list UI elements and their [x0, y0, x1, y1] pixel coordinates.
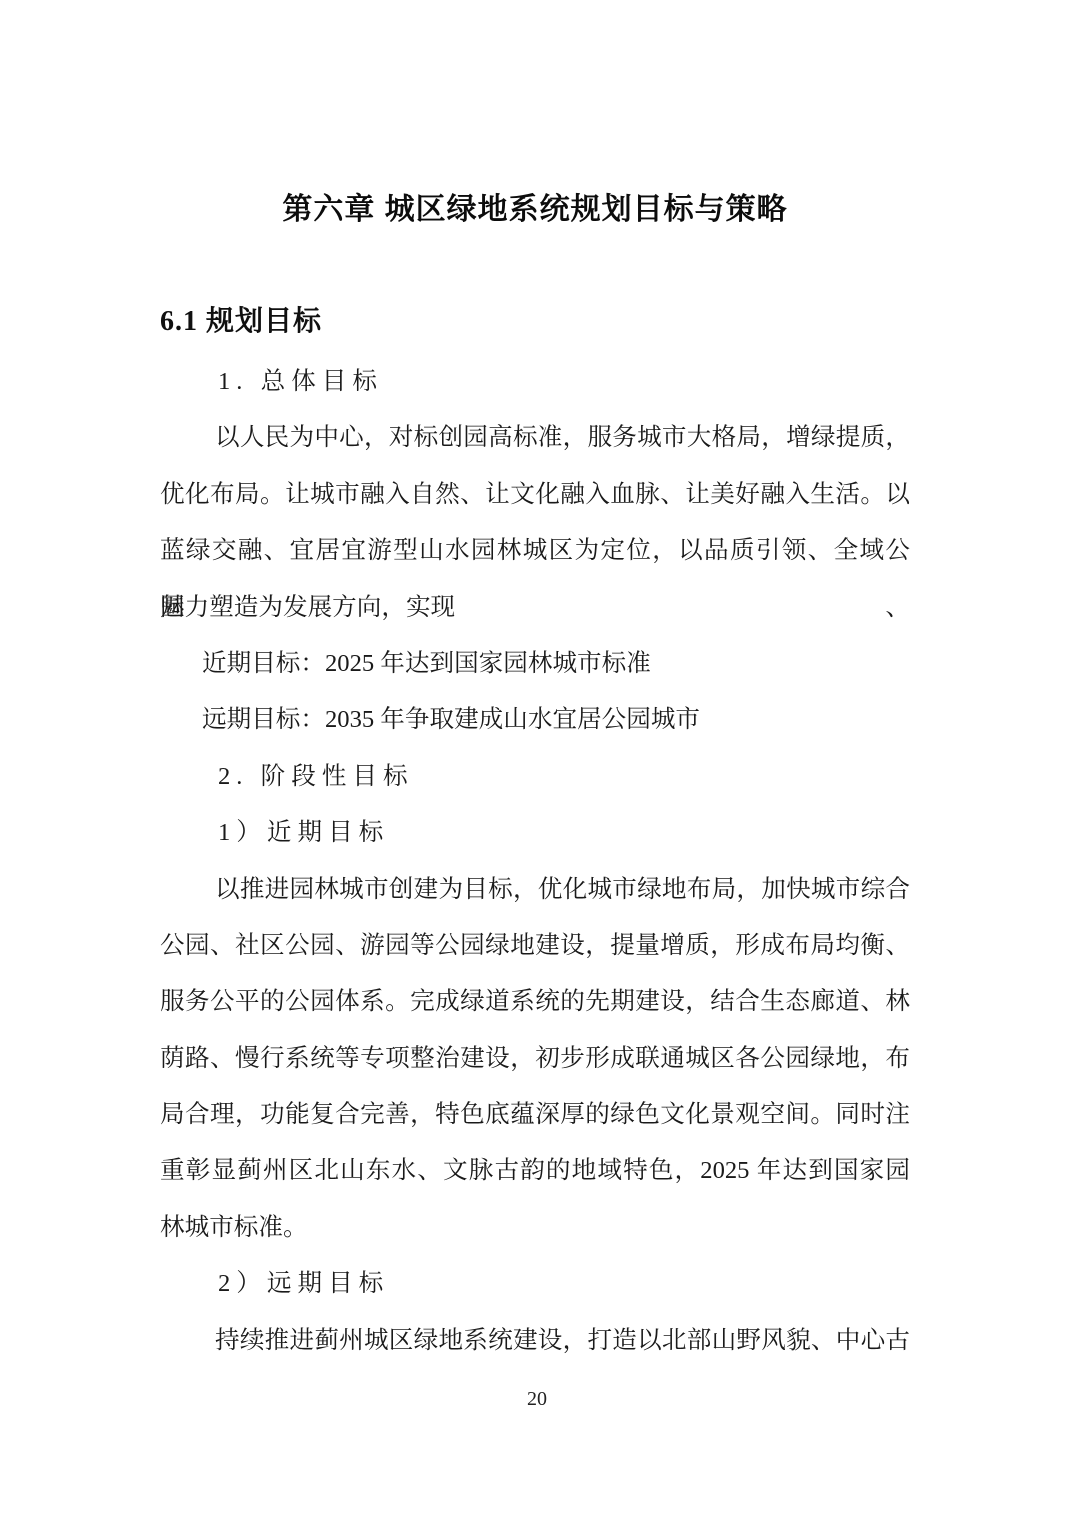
paragraph-line: 蓝绿交融、宜居宜游型山水园林城区为定位，以品质引领、全域公园、: [160, 523, 910, 579]
paragraph-line: 服务公平的公园体系。完成绿道系统的先期建设，结合生态廊道、林: [160, 974, 910, 1030]
long-term-goal-line: 远期目标：2035 年争取建成山水宜居公园城市: [160, 692, 910, 748]
section-heading: 6.1 规划目标: [160, 302, 910, 342]
paragraph-line: 荫路、慢行系统等专项整治建设，初步形成联通城区各公园绿地，布: [160, 1031, 910, 1087]
paragraph-line: 以人民为中心，对标创园高标准，服务城市大格局，增绿提质，: [160, 410, 910, 466]
subheading-phased-goal: 2. 阶段性目标: [160, 749, 910, 805]
subheading-overall-goal: 1. 总体目标: [160, 354, 910, 410]
chapter-title: 第六章 城区绿地系统规划目标与策略: [160, 190, 910, 230]
paragraph-line: 重彰显蓟州区北山东水、文脉古韵的地域特色，2025 年达到国家园: [160, 1143, 910, 1199]
paragraph-line: 持续推进蓟州城区绿地系统建设，打造以北部山野风貌、中心古: [160, 1313, 910, 1369]
page-number: 20: [0, 1385, 1074, 1413]
near-term-goal-line: 近期目标：2025 年达到国家园林城市标准: [160, 636, 910, 692]
subheading-near-term: 1）近期目标: [160, 805, 910, 861]
paragraph-line: 优化布局。让城市融入自然、让文化融入血脉、让美好融入生活。以: [160, 467, 910, 523]
document-body: 1. 总体目标 以人民为中心，对标创园高标准，服务城市大格局，增绿提质， 优化布…: [160, 354, 910, 1369]
paragraph-line: 以推进园林城市创建为目标，优化城市绿地布局，加快城市综合: [160, 862, 910, 918]
paragraph-line: 局合理，功能复合完善，特色底蕴深厚的绿色文化景观空间。同时注: [160, 1087, 910, 1143]
subheading-long-term: 2）远期目标: [160, 1256, 910, 1312]
paragraph-line: 公园、社区公园、游园等公园绿地建设，提量增质，形成布局均衡、: [160, 918, 910, 974]
document-page: 第六章 城区绿地系统规划目标与策略 6.1 规划目标 1. 总体目标 以人民为中…: [0, 0, 1074, 1520]
paragraph-line: 林城市标准。: [160, 1200, 910, 1256]
